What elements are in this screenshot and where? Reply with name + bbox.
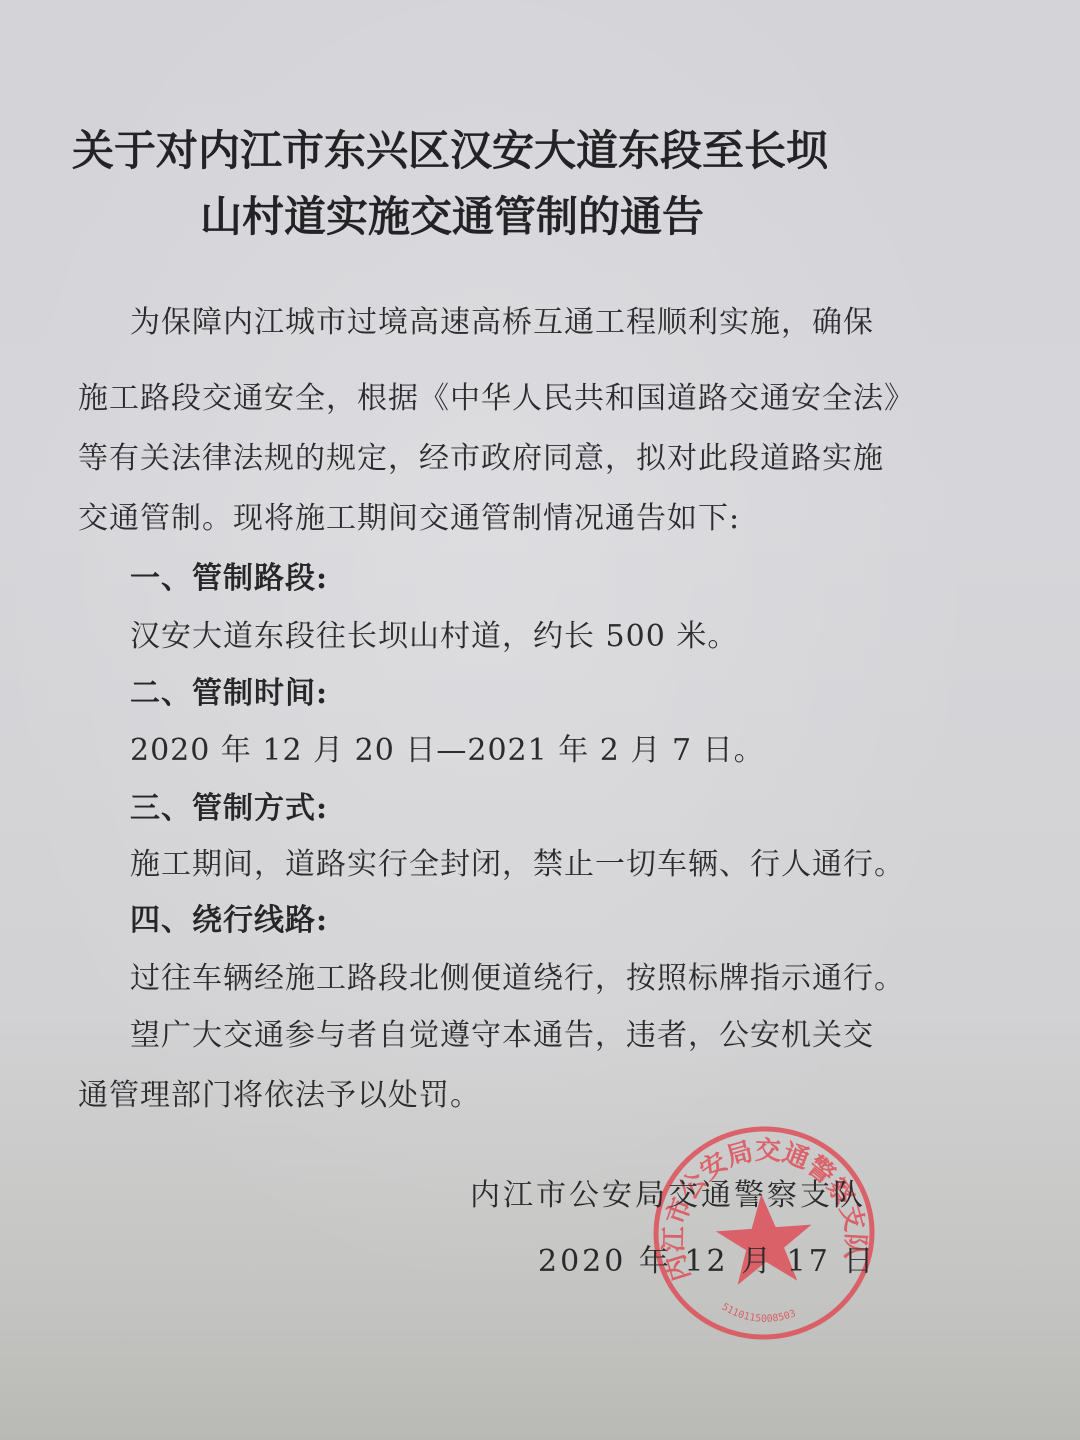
notice-title-line-2: 山村道实施交通管制的通告	[72, 184, 932, 250]
section-content-control-method: 施工期间，道路实行全封闭，禁止一切车辆、行人通行。	[130, 839, 990, 883]
section-heading-control-time: 二、管制时间:	[130, 668, 990, 712]
intro-line-3: 等有关法律法规的规定，经市政府同意，拟对此段道路实施	[78, 433, 938, 477]
seal-code: 5110115008503	[719, 1297, 798, 1329]
notice-title: 关于对内江市东兴区汉安大道东段至长坝 山村道实施交通管制的通告	[72, 118, 932, 250]
section-content-control-time: 2020 年 12 月 20 日—2021 年 2 月 7 日。	[130, 725, 990, 769]
section-content-control-segment: 汉安大道东段往长坝山村道，约长 500 米。	[130, 611, 990, 655]
closing-line-1: 望广大交通参与者自觉遵守本通告，违者，公安机关交	[130, 1010, 990, 1054]
intro-line-1: 为保障内江城市过境高速高桥互通工程顺利实施，确保	[130, 297, 990, 341]
section-heading-control-segment: 一、管制路段:	[130, 553, 990, 597]
closing-line-2: 通管理部门将依法予以处罚。	[78, 1070, 938, 1114]
notice-title-line-1: 关于对内江市东兴区汉安大道东段至长坝	[72, 118, 932, 184]
section-heading-control-method: 三、管制方式:	[130, 783, 990, 827]
section-content-detour-route: 过往车辆经施工路段北侧便道绕行，按照标牌指示通行。	[130, 953, 990, 997]
issuer-name: 内江市公安局交通警察支队	[470, 1170, 866, 1214]
intro-line-4: 交通管制。现将施工期间交通管制情况通告如下:	[78, 493, 938, 537]
section-heading-detour-route: 四、绕行线路:	[130, 895, 990, 939]
intro-line-2: 施工路段交通安全，根据《中华人民共和国道路交通安全法》	[78, 373, 938, 417]
official-seal-stamp: 内江市公安局交通警察支队 5110115008503	[641, 1114, 888, 1352]
issue-date: 2020 年 12 月 17 日	[538, 1236, 876, 1280]
